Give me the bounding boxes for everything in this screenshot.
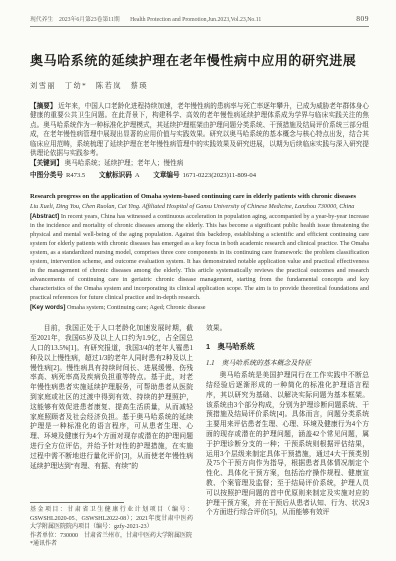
fund-project-note: 基金项目：甘肃省卫生健康行业计划项目（编号：GSWSHL2020-05、GSWS… (30, 506, 193, 532)
article-no-label: 文章编号 (153, 172, 179, 179)
article-no-value: 1671-0223(2023)11-809-04 (183, 172, 256, 179)
abstract-cn: 【摘要】 近年来，中国人口老龄化进程持续加速，老年慢性病的患病率与死亡率逐年攀升… (30, 102, 369, 158)
journal-issue-cn: 现代养生 2023年6月第23卷第11期 (30, 17, 120, 23)
journal-issue-en: Health Protection and Promotion,Jun.2023… (130, 17, 261, 23)
intro-paragraph-continuation: 效果。 (206, 324, 369, 334)
intro-paragraph: 目前，我国正处于人口老龄化加速发展时期，截至2021年，我国65岁及以上人口约为… (30, 324, 193, 471)
keywords-text-cn: 奥马哈系统；延续护理；老年人；慢性病 (65, 160, 184, 167)
left-column: 目前，我国正处于人口老龄化加速发展时期，截至2021年，我国65岁及以上人口约为… (30, 324, 193, 549)
keywords-label-cn: 【关键词】 (30, 160, 63, 167)
keywords-en: [Key words] Omaha system; Continuing car… (30, 304, 369, 313)
clc-pair: 中图分类号R473.5 (30, 172, 85, 179)
clc-value: R473.5 (66, 172, 85, 179)
abstract-label-en: [Abstract] (30, 213, 59, 220)
article-title-cn: 奥马哈系统的延续护理在老年慢性病中应用的研究进展 (30, 50, 369, 69)
clc-label: 中图分类号 (30, 172, 63, 179)
page-number: 809 (356, 14, 369, 23)
classification-line: 中图分类号R473.5 文献标识码A 文章编号1671-0223(2023)11… (30, 171, 369, 180)
doc-code-value: A (135, 172, 140, 179)
body-columns: 目前，我国正处于人口老龄化加速发展时期，截至2021年，我国65岁及以上人口约为… (30, 324, 369, 549)
footnote-block: 基金项目：甘肃省卫生健康行业计划项目（编号：GSWSHL2020-05、GSWS… (30, 502, 193, 549)
keywords-cn: 【关键词】 奥马哈系统；延续护理；老年人；慢性病 (30, 159, 369, 168)
doc-code-pair: 文献标识码A (99, 172, 140, 179)
abstract-en: [Abstract] In recent years, China has wi… (30, 213, 369, 302)
journal-article-page: 现代养生 2023年6月第23卷第11期 Health Protection a… (0, 0, 396, 561)
keywords-label-en: [Key words] (30, 304, 65, 311)
abstract-label-cn: 【摘要】 (30, 103, 56, 110)
journal-info: 现代养生 2023年6月第23卷第11期 Health Protection a… (30, 14, 270, 23)
keywords-text-en: Omaha system; Continuing care; Aged; Chr… (67, 304, 206, 311)
authors-en: Liu Xueli, Ding You, Chen Ruolan, Cai Yi… (30, 203, 369, 212)
corresponding-author-note: *通讯作者 (30, 540, 193, 549)
abstract-text-en: In recent years, China has witnessed a c… (30, 213, 369, 300)
abstract-text-cn: 近年来，中国人口老龄化进程持续加速，老年慢性病的患病率与死亡率逐年攀升，已成为威… (30, 103, 369, 157)
section-1-1-heading: 1.1 奥马哈系统的基本概念及特征 (206, 357, 369, 367)
footnote-divider (30, 502, 124, 503)
article-no-pair: 文章编号1671-0223(2023)11-809-04 (153, 172, 256, 179)
author-affiliation-note: 作者单位：730000 甘肃省兰州市，甘肃中医药大学附属医院 (30, 532, 193, 541)
section-1-1-paragraph: 奥马哈系统是美国护理同行在工作实践中不断总结经验后逐渐形成的一种简化的标准化护理… (206, 371, 369, 518)
doc-code-label: 文献标识码 (99, 172, 132, 179)
page-header: 现代养生 2023年6月第23卷第11期 Health Protection a… (30, 14, 369, 27)
english-section: Research progress on the application of … (30, 193, 369, 313)
authors-cn: 刘雪丽 丁幼* 陈若岚 蔡瑛 (30, 81, 369, 91)
right-column: 效果。 1 奥马哈系统 1.1 奥马哈系统的基本概念及特征 奥马哈系统是美国护理… (206, 324, 369, 549)
section-1-heading: 1 奥马哈系统 (206, 341, 369, 352)
article-title-en: Research progress on the application of … (30, 193, 369, 202)
